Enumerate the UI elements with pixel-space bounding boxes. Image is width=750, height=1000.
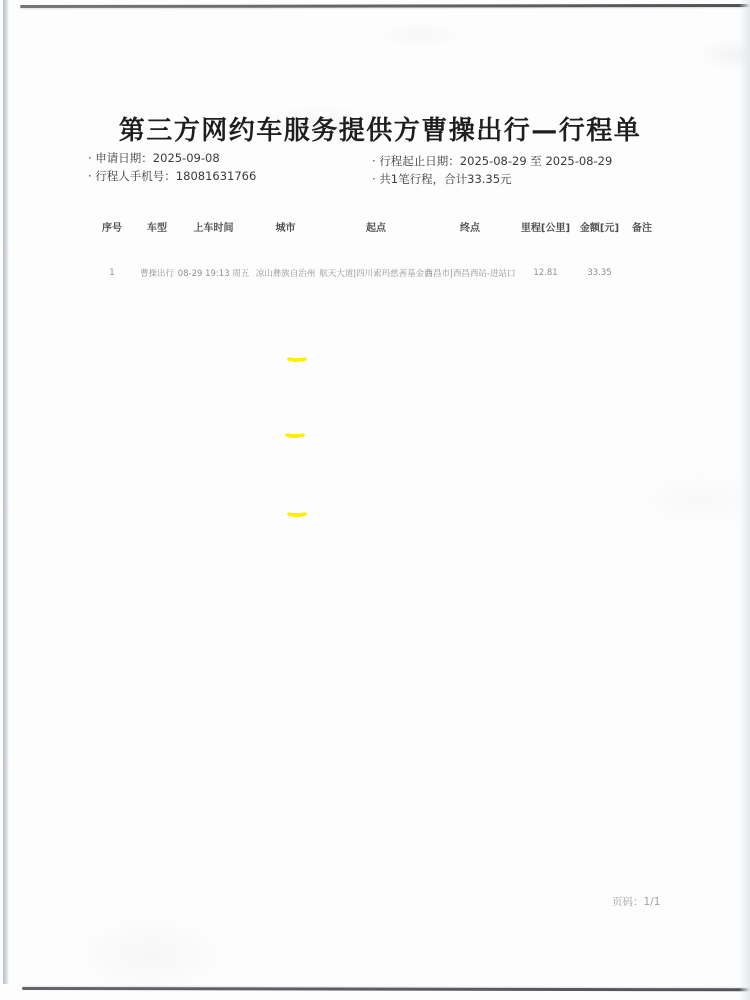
meta-passenger-phone: · 行程人手机号：18081631766 <box>88 168 256 186</box>
header-cell-remark: 备注 <box>622 219 662 234</box>
header-cell-origin: 起点 <box>326 219 426 234</box>
page-title: 第三方网约车服务提供方曹操出行—行程单 <box>10 112 750 150</box>
highlight-mark-1 <box>287 355 307 363</box>
header-cell-vehicle: 车型 <box>132 219 182 234</box>
meta-block-right: · 行程起止日期：2025-08-29 至 2025-08-29 · 共1笔行程… <box>372 153 612 188</box>
cell-pickup-time: 08-29 19:13 周五 <box>182 267 245 279</box>
scanned-trip-receipt: 第三方网约车服务提供方曹操出行—行程单 · 申请日期：2025-09-08 · … <box>0 0 750 1000</box>
highlight-mark-3 <box>287 510 307 518</box>
header-cell-city: 城市 <box>245 219 326 234</box>
trips-table: 序号 车型 上车时间 城市 起点 终点 里程[公里] 金额[元] 备注 1 曹操… <box>92 219 662 279</box>
header-cell-mileage: 里程[公里] <box>514 219 577 234</box>
cell-amount: 33.35 <box>577 267 622 279</box>
cell-index: 1 <box>92 267 132 279</box>
paper-edge-top <box>20 4 750 8</box>
cell-origin: 航天大道|四川索玛慈善基金会 <box>326 267 426 279</box>
page-number: 页码：1/1 <box>612 894 660 909</box>
cell-remark <box>622 267 662 279</box>
table-row: 1 曹操出行 08-29 19:13 周五 凉山彝族自治州 航天大道|四川索玛慈… <box>92 267 662 279</box>
cell-vehicle: 曹操出行 <box>132 267 182 279</box>
meta-trip-summary: · 共1笔行程，合计33.35元 <box>372 171 612 189</box>
header-cell-destination: 终点 <box>426 219 514 234</box>
scanner-strip-left <box>3 0 9 984</box>
header-cell-amount: 金额[元] <box>577 219 622 234</box>
cell-destination: 西昌市|西昌西站-进站口 <box>426 267 514 279</box>
meta-trip-date-range: · 行程起止日期：2025-08-29 至 2025-08-29 <box>372 153 612 171</box>
cell-city: 凉山彝族自治州 <box>245 267 326 279</box>
cell-mileage: 12.81 <box>514 267 577 279</box>
meta-apply-date: · 申请日期：2025-09-08 <box>88 150 256 168</box>
table-header-row: 序号 车型 上车时间 城市 起点 终点 里程[公里] 金额[元] 备注 <box>92 219 662 234</box>
meta-block-left: · 申请日期：2025-09-08 · 行程人手机号：18081631766 <box>88 150 256 185</box>
header-cell-index: 序号 <box>92 219 132 234</box>
header-cell-pickup-time: 上车时间 <box>182 219 245 234</box>
paper-edge-bottom <box>22 987 750 991</box>
paper-edge-right-shade <box>739 0 750 1000</box>
highlight-mark-2 <box>285 431 305 439</box>
